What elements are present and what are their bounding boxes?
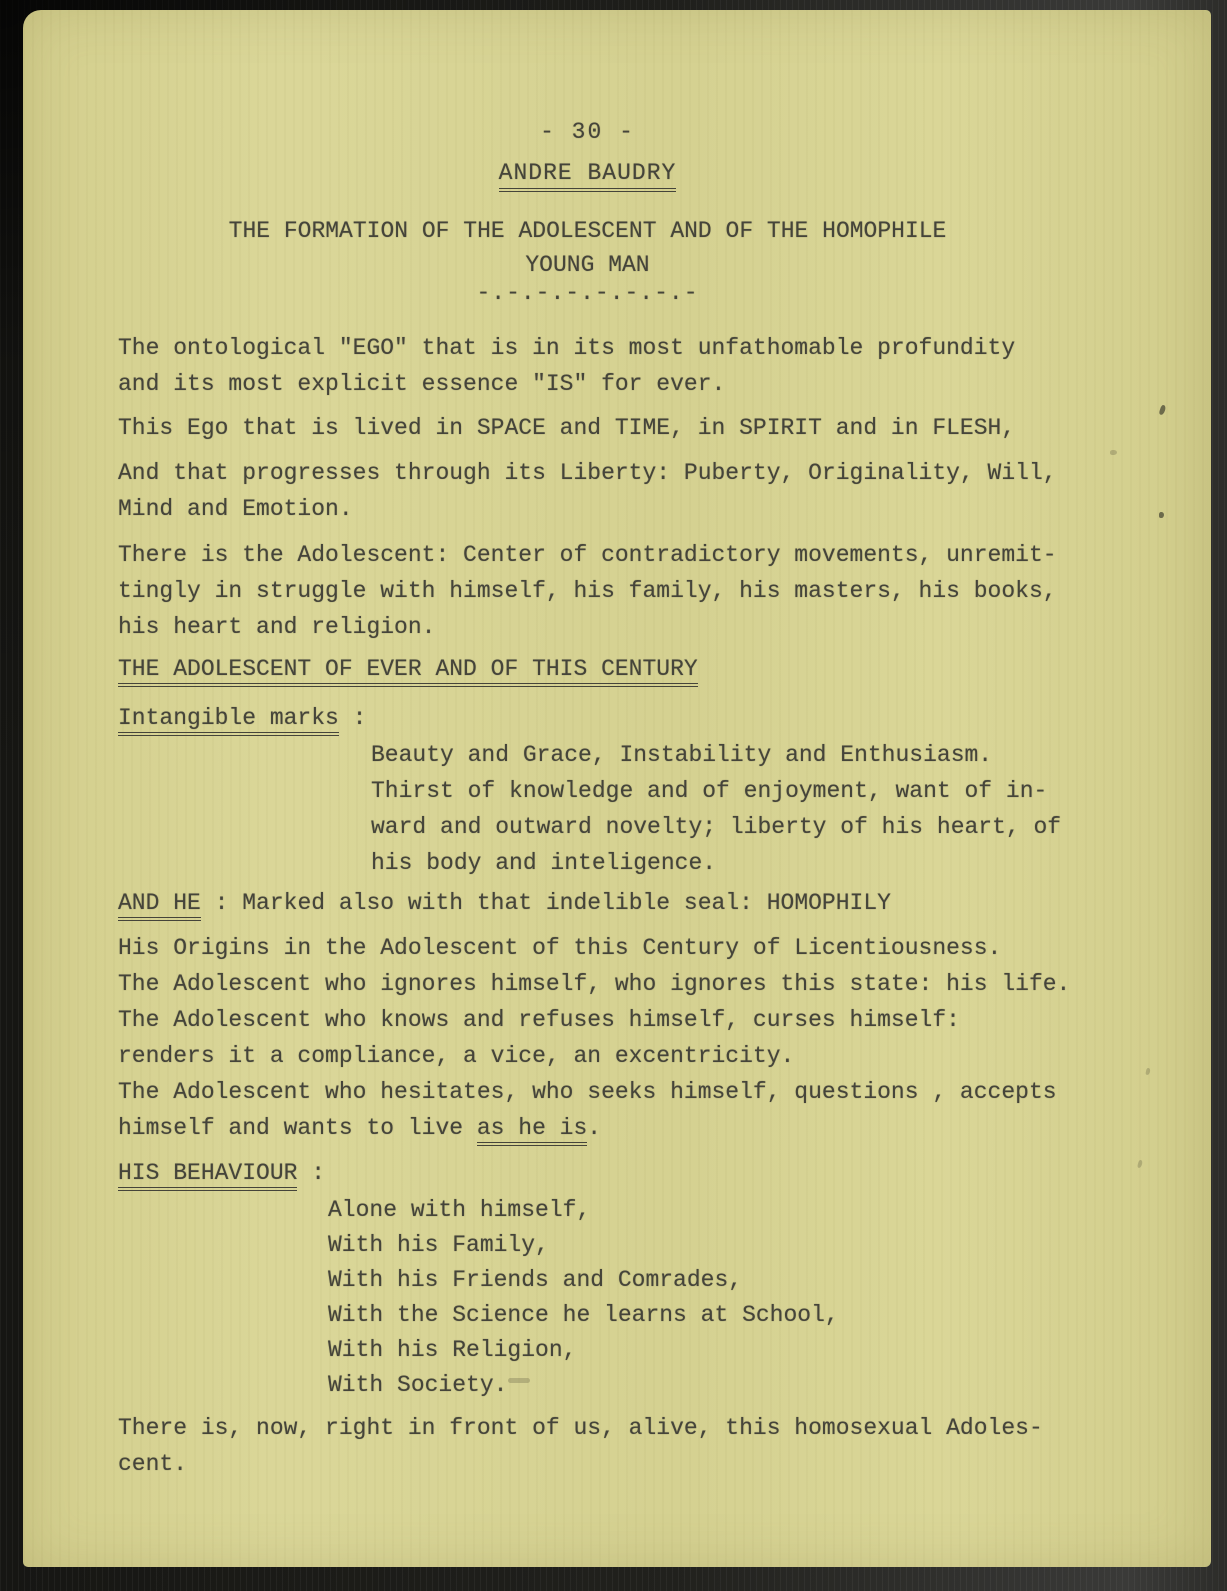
text-segment: This Ego that is lived in SPACE and TIME… <box>118 415 1015 441</box>
underlined-text: THE ADOLESCENT OF EVER AND OF THIS CENTU… <box>118 656 698 687</box>
text-segment: : <box>339 705 367 731</box>
text-line: With his Family, <box>328 1228 1108 1263</box>
text-segment: Beauty and Grace, Instability and Enthus… <box>371 742 992 768</box>
text-segment: his body and inteligence. <box>371 850 716 876</box>
para-origins: His Origins in the Adolescent of this Ce… <box>118 930 1108 1146</box>
text-segment: . <box>587 1115 601 1141</box>
text-segment: Mind and Emotion. <box>118 496 353 522</box>
text-line: his heart and religion. <box>118 609 1108 645</box>
text-segment: And that progresses through its Liberty:… <box>118 460 1057 486</box>
title-line-2: YOUNG MAN <box>525 252 649 278</box>
text-segment: The ontological "EGO" that is in its mos… <box>118 335 1015 361</box>
document-title: THE FORMATION OF THE ADOLESCENT AND OF T… <box>118 214 1057 282</box>
author-name: ANDRE BAUDRY <box>499 160 677 192</box>
document-header: - 30 - ANDRE BAUDRY THE FORMATION OF THE… <box>118 114 1083 304</box>
text-segment: tingly in struggle with himself, his fam… <box>118 578 1057 604</box>
text-line: cent. <box>118 1446 1108 1482</box>
text-line: THE ADOLESCENT OF EVER AND OF THIS CENTU… <box>118 651 1108 687</box>
text-line: The Adolescent who hesitates, who seeks … <box>118 1074 1108 1110</box>
text-segment: With his Religion, <box>328 1337 576 1363</box>
para-liberty: And that progresses through its Liberty:… <box>118 455 1108 527</box>
text-line: With his Religion, <box>328 1333 1108 1368</box>
text-line: Mind and Emotion. <box>118 491 1108 527</box>
heading-intangible-marks: Intangible marks : <box>118 700 1108 736</box>
para-ego-space-time: This Ego that is lived in SPACE and TIME… <box>118 410 1108 446</box>
text-line: ward and outward novelty; liberty of his… <box>371 809 1108 845</box>
para-conclusion: There is, now, right in front of us, ali… <box>118 1410 1108 1482</box>
text-segment: There is, now, right in front of us, ali… <box>118 1415 1043 1441</box>
text-line: There is the Adolescent: Center of contr… <box>118 537 1108 573</box>
para-ontological-ego: The ontological "EGO" that is in its mos… <box>118 330 1108 402</box>
author-heading: ANDRE BAUDRY <box>118 158 1057 188</box>
underlined-text: HIS BEHAVIOUR <box>118 1160 297 1191</box>
text-segment: With his Family, <box>328 1232 549 1258</box>
text-line: The Adolescent who knows and refuses him… <box>118 1002 1108 1038</box>
underlined-text: as he is <box>477 1115 587 1146</box>
text-line: His Origins in the Adolescent of this Ce… <box>118 930 1108 966</box>
document-body: The ontological "EGO" that is in its mos… <box>118 330 1108 1482</box>
text-line: Alone with himself, <box>328 1193 1108 1228</box>
text-segment: and its most explicit essence "IS" for e… <box>118 371 725 397</box>
ink-smudge <box>508 1378 530 1383</box>
text-line: HIS BEHAVIOUR : <box>118 1155 1108 1191</box>
document-content: - 30 - ANDRE BAUDRY THE FORMATION OF THE… <box>118 114 1108 1482</box>
text-segment: himself and wants to live <box>118 1115 477 1141</box>
text-segment: : Marked also with that indelible seal: … <box>201 890 891 916</box>
page-number: - 30 - <box>118 114 1057 150</box>
text-line: Beauty and Grace, Instability and Enthus… <box>371 737 1108 773</box>
text-segment: The Adolescent who hesitates, who seeks … <box>118 1079 1057 1105</box>
text-line: tingly in struggle with himself, his fam… <box>118 573 1108 609</box>
text-segment: his heart and religion. <box>118 614 435 640</box>
heading-adolescent-century: THE ADOLESCENT OF EVER AND OF THIS CENTU… <box>118 651 1108 687</box>
text-line: Thirst of knowledge and of enjoyment, wa… <box>371 773 1108 809</box>
para-and-he: AND HE : Marked also with that indelible… <box>118 885 1108 921</box>
text-line: and its most explicit essence "IS" for e… <box>118 366 1108 402</box>
underlined-text: Intangible marks <box>118 705 339 736</box>
underlined-text: AND HE <box>118 890 201 921</box>
text-line: This Ego that is lived in SPACE and TIME… <box>118 410 1108 446</box>
text-segment: : <box>297 1160 325 1186</box>
para-behaviour-list: Alone with himself,With his Family,With … <box>328 1193 1108 1403</box>
text-line: With the Science he learns at School, <box>328 1298 1108 1333</box>
text-segment: The Adolescent who knows and refuses him… <box>118 1007 960 1033</box>
text-segment: cent. <box>118 1451 187 1477</box>
title-divider: -.-.-.-.-.-.-.- <box>118 282 1057 304</box>
text-segment: ward and outward novelty; liberty of his… <box>371 814 1061 840</box>
text-line: The Adolescent who ignores himself, who … <box>118 966 1108 1002</box>
text-line: Intangible marks : <box>118 700 1108 736</box>
para-adolescent-center: There is the Adolescent: Center of contr… <box>118 537 1108 645</box>
title-line-1: THE FORMATION OF THE ADOLESCENT AND OF T… <box>229 218 947 244</box>
document-page: - 30 - ANDRE BAUDRY THE FORMATION OF THE… <box>23 10 1211 1567</box>
text-segment: Thirst of knowledge and of enjoyment, wa… <box>371 778 1047 804</box>
text-segment: Alone with himself, <box>328 1197 590 1223</box>
text-line: The ontological "EGO" that is in its mos… <box>118 330 1108 366</box>
text-line: renders it a compliance, a vice, an exce… <box>118 1038 1108 1074</box>
text-segment: His Origins in the Adolescent of this Ce… <box>118 935 1001 961</box>
heading-his-behaviour: HIS BEHAVIOUR : <box>118 1155 1108 1191</box>
text-segment: With his Friends and Comrades, <box>328 1267 742 1293</box>
text-line: With his Friends and Comrades, <box>328 1263 1108 1298</box>
para-intangible-list: Beauty and Grace, Instability and Enthus… <box>371 737 1108 881</box>
text-line: AND HE : Marked also with that indelible… <box>118 885 1108 921</box>
text-segment: With the Science he learns at School, <box>328 1302 839 1328</box>
text-line: There is, now, right in front of us, ali… <box>118 1410 1108 1446</box>
text-line: himself and wants to live as he is. <box>118 1110 1108 1146</box>
text-segment: There is the Adolescent: Center of contr… <box>118 542 1057 568</box>
text-segment: renders it a compliance, a vice, an exce… <box>118 1043 794 1069</box>
text-line: With Society. <box>328 1368 1108 1403</box>
text-line: And that progresses through its Liberty:… <box>118 455 1108 491</box>
text-segment: With Society. <box>328 1372 507 1398</box>
text-segment: The Adolescent who ignores himself, who … <box>118 971 1070 997</box>
text-line: his body and inteligence. <box>371 845 1108 881</box>
